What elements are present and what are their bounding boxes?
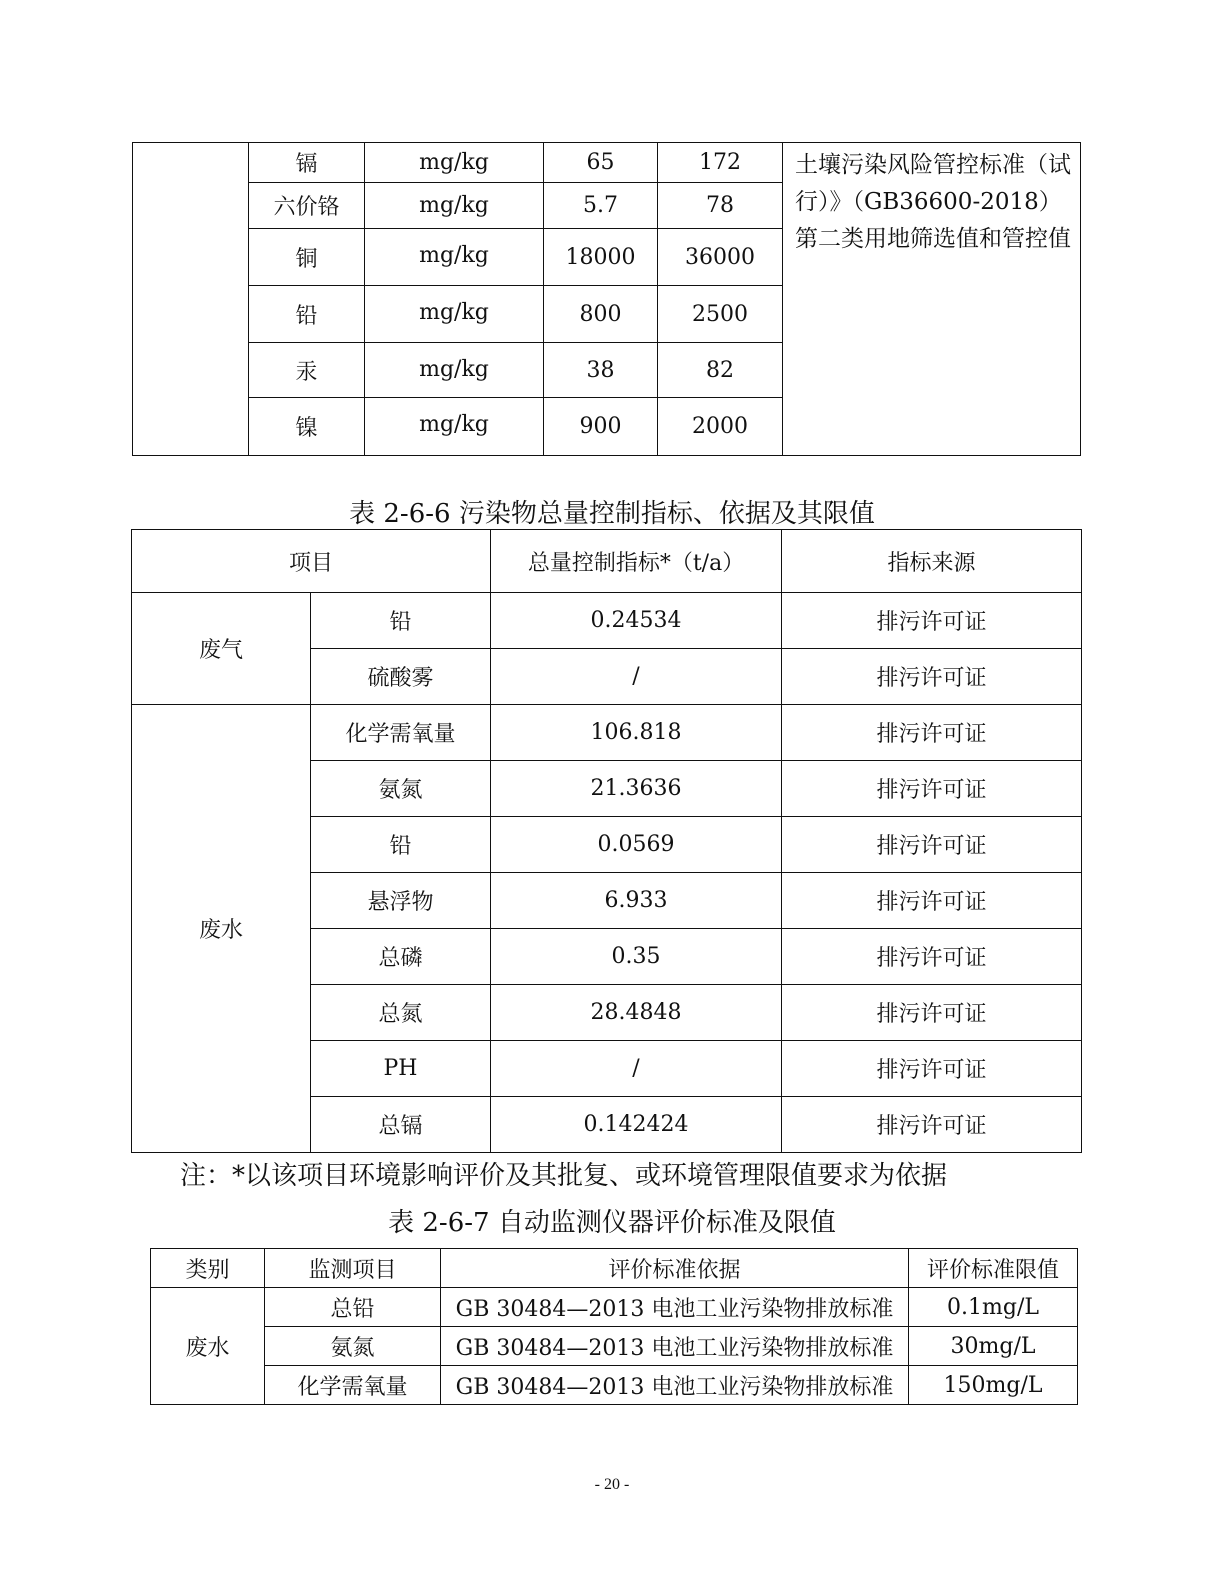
value-source: 排污许可证: [782, 1097, 1082, 1153]
control-value: 21.3636: [491, 761, 782, 817]
pollutant-name: 化学需氧量: [311, 705, 491, 761]
value-source: 排污许可证: [782, 761, 1082, 817]
screening-value: 65: [544, 143, 658, 183]
control-value: 0.35: [491, 929, 782, 985]
auto-monitoring-table: 类别 监测项目 评价标准依据 评价标准限值 废水 总铅 GB 30484—201…: [150, 1248, 1078, 1405]
unit-cell: mg/kg: [365, 398, 544, 456]
category-cell: [133, 143, 249, 456]
pollutant-name: 硫酸雾: [311, 649, 491, 705]
pollutant-name: 镍: [249, 398, 365, 456]
value-source: 排污许可证: [782, 929, 1082, 985]
value-source: 排污许可证: [782, 705, 1082, 761]
table-row: 镉 mg/kg 65 172 土壤污染风险管控标准（试行）》（GB36600-2…: [133, 143, 1081, 183]
standard-source: 土壤污染风险管控标准（试行）》（GB36600-2018）第二类用地筛选值和管控…: [783, 143, 1081, 456]
value-source: 排污许可证: [782, 649, 1082, 705]
standard-limit: 30mg/L: [909, 1327, 1078, 1366]
pollutant-name: 铅: [311, 817, 491, 873]
standard-limit: 0.1mg/L: [909, 1288, 1078, 1327]
total-control-table: 项目 总量控制指标*（t/a） 指标来源 废气 铅 0.24534 排污许可证 …: [131, 529, 1082, 1153]
value-source: 排污许可证: [782, 873, 1082, 929]
control-value: 28.4848: [491, 985, 782, 1041]
header-limit: 评价标准限值: [909, 1249, 1078, 1288]
value-source: 排污许可证: [782, 1041, 1082, 1097]
unit-cell: mg/kg: [365, 183, 544, 229]
table-caption: 表 2-6-7 自动监测仪器评价标准及限值: [0, 1202, 1224, 1239]
screening-value: 900: [544, 398, 658, 456]
header-row: 项目 总量控制指标*（t/a） 指标来源: [132, 530, 1082, 593]
control-value: /: [491, 649, 782, 705]
control-value: /: [491, 1041, 782, 1097]
control-value: 82: [658, 343, 783, 398]
table-row: 废水 总铅 GB 30484—2013 电池工业污染物排放标准 0.1mg/L: [151, 1288, 1078, 1327]
monitoring-item: 化学需氧量: [265, 1366, 441, 1405]
pollutant-name: 铅: [311, 593, 491, 649]
header-source: 指标来源: [782, 530, 1082, 593]
table-caption: 表 2-6-6 污染物总量控制指标、依据及其限值: [0, 493, 1224, 530]
unit-cell: mg/kg: [365, 343, 544, 398]
pollutant-name: 铜: [249, 229, 365, 286]
pollutant-name: 六价铬: [249, 183, 365, 229]
value-source: 排污许可证: [782, 593, 1082, 649]
value-source: 排污许可证: [782, 817, 1082, 873]
unit-cell: mg/kg: [365, 229, 544, 286]
pollutant-name: 氨氮: [311, 761, 491, 817]
unit-cell: mg/kg: [365, 286, 544, 343]
header-basis: 评价标准依据: [441, 1249, 909, 1288]
pollutant-name: 总磷: [311, 929, 491, 985]
pollutant-name: 汞: [249, 343, 365, 398]
standard-basis: GB 30484—2013 电池工业污染物排放标准: [441, 1366, 909, 1405]
control-value: 0.142424: [491, 1097, 782, 1153]
control-value: 2500: [658, 286, 783, 343]
screening-value: 5.7: [544, 183, 658, 229]
pollutant-name: 总镉: [311, 1097, 491, 1153]
screening-value: 800: [544, 286, 658, 343]
table-row: 氨氮 GB 30484—2013 电池工业污染物排放标准 30mg/L: [151, 1327, 1078, 1366]
header-item: 项目: [132, 530, 491, 593]
standard-basis: GB 30484—2013 电池工业污染物排放标准: [441, 1288, 909, 1327]
control-value: 172: [658, 143, 783, 183]
standard-basis: GB 30484—2013 电池工业污染物排放标准: [441, 1327, 909, 1366]
pollutant-name: 悬浮物: [311, 873, 491, 929]
control-value: 106.818: [491, 705, 782, 761]
control-value: 0.24534: [491, 593, 782, 649]
monitoring-item: 氨氮: [265, 1327, 441, 1366]
unit-cell: mg/kg: [365, 143, 544, 183]
control-value: 6.933: [491, 873, 782, 929]
header-item: 监测项目: [265, 1249, 441, 1288]
table-row: 化学需氧量 GB 30484—2013 电池工业污染物排放标准 150mg/L: [151, 1366, 1078, 1405]
screening-value: 18000: [544, 229, 658, 286]
header-index: 总量控制指标*（t/a）: [491, 530, 782, 593]
category-cell: 废水: [132, 705, 311, 1153]
pollutant-name: PH: [311, 1041, 491, 1097]
standard-limit: 150mg/L: [909, 1366, 1078, 1405]
control-value: 36000: [658, 229, 783, 286]
category-cell: 废水: [151, 1288, 265, 1405]
control-value: 2000: [658, 398, 783, 456]
header-category: 类别: [151, 1249, 265, 1288]
page-number: - 20 -: [0, 1476, 1224, 1494]
table-note: 注：*以该项目环境影响评价及其批复、或环境管理限值要求为依据: [180, 1155, 947, 1192]
value-source: 排污许可证: [782, 985, 1082, 1041]
pollutant-name: 铅: [249, 286, 365, 343]
header-row: 类别 监测项目 评价标准依据 评价标准限值: [151, 1249, 1078, 1288]
table-row: 废水 化学需氧量 106.818 排污许可证: [132, 705, 1082, 761]
pollutant-name: 总氮: [311, 985, 491, 1041]
soil-standard-table: 镉 mg/kg 65 172 土壤污染风险管控标准（试行）》（GB36600-2…: [132, 142, 1081, 456]
table-row: 废气 铅 0.24534 排污许可证: [132, 593, 1082, 649]
control-value: 0.0569: [491, 817, 782, 873]
screening-value: 38: [544, 343, 658, 398]
category-cell: 废气: [132, 593, 311, 705]
monitoring-item: 总铅: [265, 1288, 441, 1327]
pollutant-name: 镉: [249, 143, 365, 183]
control-value: 78: [658, 183, 783, 229]
